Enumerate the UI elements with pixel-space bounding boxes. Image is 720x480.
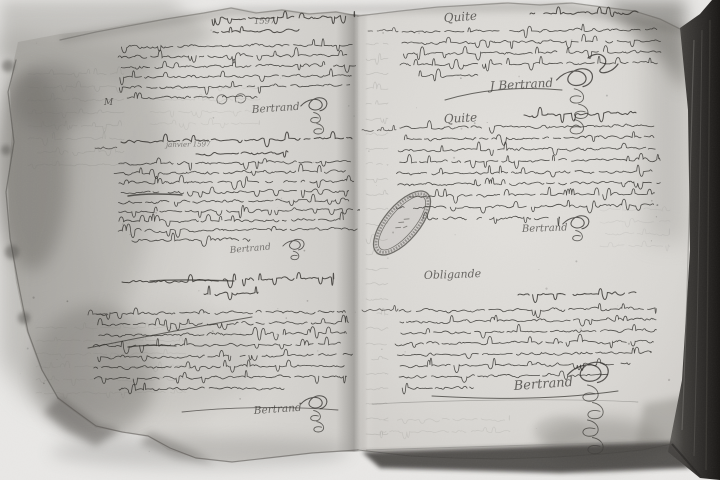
film-grain xyxy=(0,0,720,480)
manuscript-scene: 1597 M Bertrand janvier 1597 Bertrand Be… xyxy=(0,0,720,480)
manuscript-photo: 1597 M Bertrand janvier 1597 Bertrand Be… xyxy=(0,0,720,480)
